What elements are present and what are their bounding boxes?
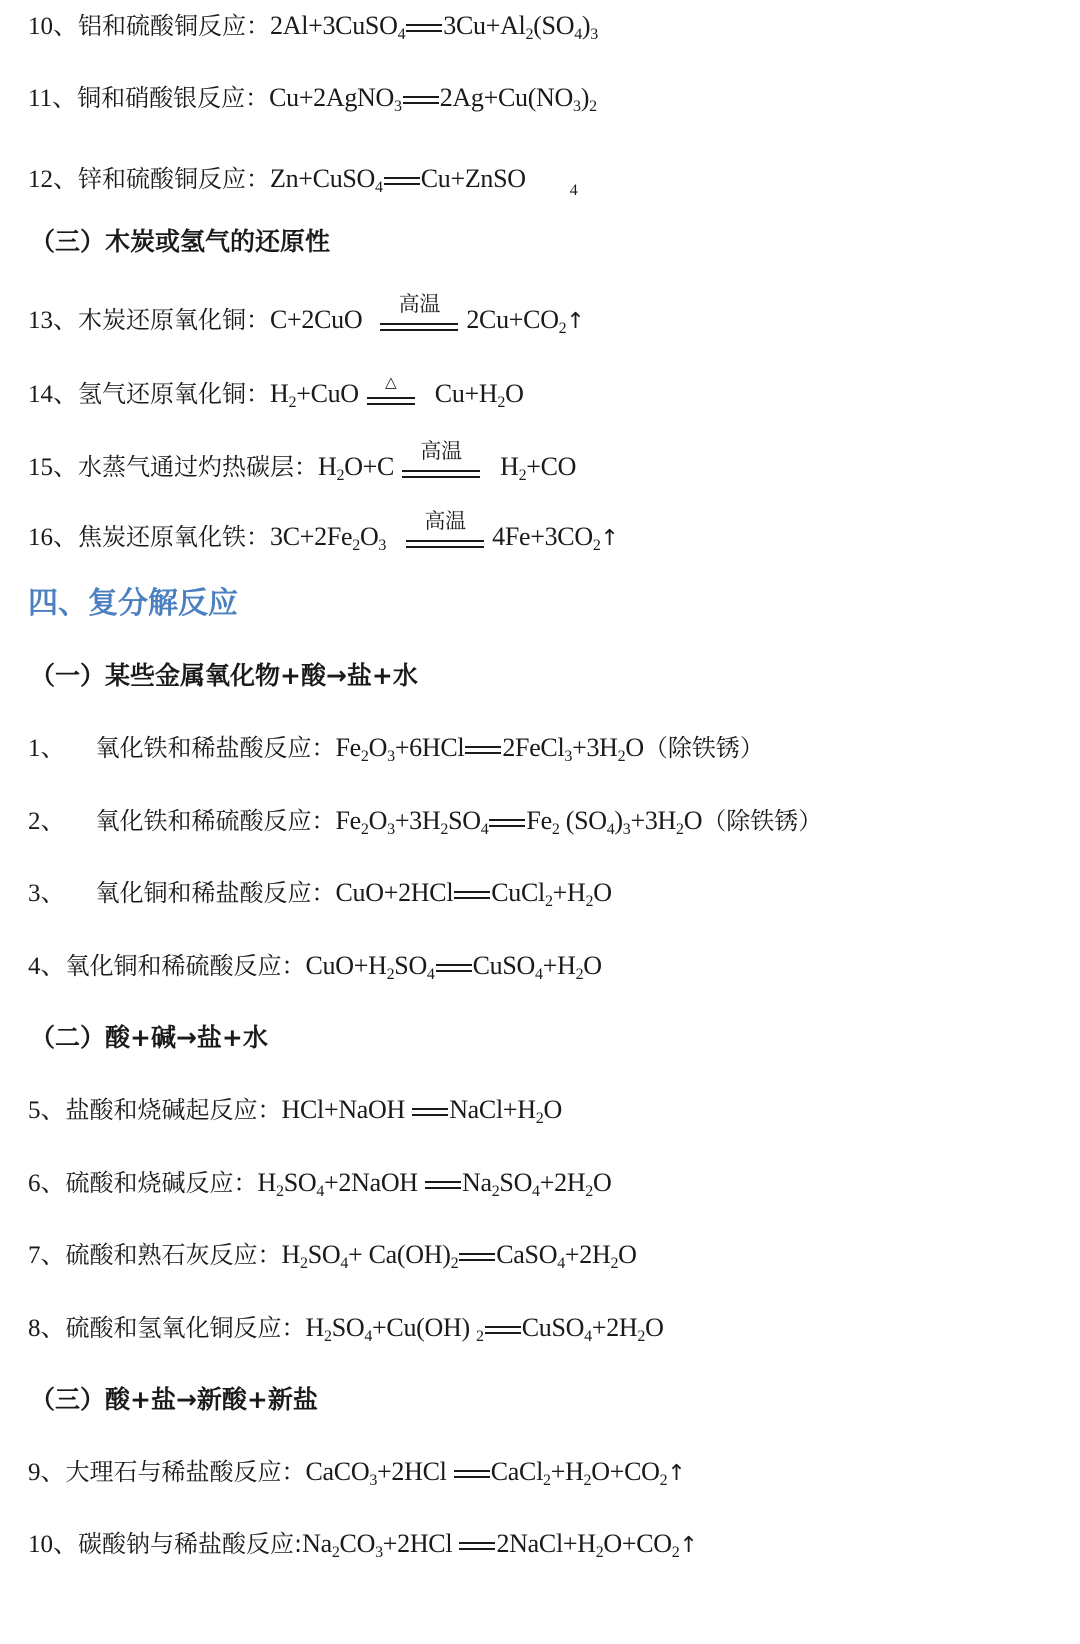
equation: Zn+CuSO4Cu+ZnSO4 (270, 164, 577, 193)
equals-sign (489, 817, 525, 829)
item-number: 9、 (28, 1459, 66, 1486)
item-number: 3、 (28, 880, 66, 907)
reaction-line: 13、木炭还原氧化铜：C+2CuO高温2Cu+CO2↑ (28, 305, 585, 337)
reaction-name: 氢气还原氧化铜： (78, 380, 270, 408)
subsection-heading: （二）酸+碱→盐+水 (30, 1023, 268, 1053)
equation: H2SO4+ Ca(OH)2CaSO4+2H2O (282, 1240, 637, 1269)
equals-sign (454, 889, 490, 901)
reaction-line: 2、氧化铁和稀硫酸反应：Fe2O3+3H2SO4Fe2 (SO4)3+3H2O（… (28, 806, 822, 837)
reaction-name: 硫酸和熟石灰反应： (66, 1241, 282, 1269)
condition-heat-delta-icon: △ (367, 371, 415, 393)
equation: 3C+2Fe2O3高温4Fe+3CO2↑ (270, 522, 619, 551)
equation: CuO+H2SO4CuSO4+H2O (306, 951, 602, 980)
note: （除铁锈） (702, 807, 822, 835)
subsection-heading: （三）木炭或氢气的还原性 (30, 227, 330, 257)
subsection-heading: （三）酸+盐→新酸+新盐 (30, 1385, 318, 1415)
reaction-name: 硫酸和烧碱反应： (66, 1169, 258, 1197)
gas-arrow-icon: ↑ (566, 309, 584, 334)
section-heading: 四、复分解反应 (28, 586, 238, 622)
equation: 2Al+3CuSO43Cu+Al2(SO4)3 (270, 11, 598, 40)
reaction-line: 16、焦炭还原氧化铁：3C+2Fe2O3高温4Fe+3CO2↑ (28, 522, 619, 554)
reaction-name: 氧化铜和稀盐酸反应： (96, 879, 336, 907)
gas-arrow-icon: ↑ (601, 526, 619, 551)
equation: H2SO4+2NaOH Na2SO4+2H2O (258, 1168, 612, 1197)
reaction-line: 11、铜和硝酸银反应：Cu+2AgNO32Ag+Cu(NO3)2 (28, 83, 597, 114)
reaction-line: 4、氧化铜和稀硫酸反应：CuO+H2SO4CuSO4+H2O (28, 951, 602, 982)
gas-arrow-icon: ↑ (667, 1461, 685, 1486)
equals-sign (403, 94, 439, 106)
item-number: 4、 (28, 953, 66, 980)
item-number: 16、 (28, 524, 78, 551)
equals-sign (425, 1179, 461, 1191)
item-number: 6、 (28, 1170, 66, 1197)
equation: H2+CuO△Cu+H2O (270, 379, 524, 408)
condition-high-temp: 高温 (380, 293, 458, 315)
item-number: 12、 (28, 166, 78, 193)
reaction-line: 1、氧化铁和稀盐酸反应：Fe2O3+6HCl2FeCl3+3H2O（除铁锈） (28, 733, 764, 764)
reaction-line: 6、硫酸和烧碱反应：H2SO4+2NaOH Na2SO4+2H2O (28, 1168, 611, 1199)
reaction-line: 15、水蒸气通过灼热碳层：H2O+C高温H2+CO (28, 452, 576, 484)
equation: Na2CO3+2HCl 2NaCl+H2O+CO2↑ (302, 1529, 698, 1558)
gas-arrow-icon: ↑ (679, 1533, 697, 1558)
reaction-line: 8、硫酸和氢氧化铜反应：H2SO4+Cu(OH) 2CuSO4+2H2O (28, 1313, 664, 1344)
reaction-line: 3、氧化铜和稀盐酸反应：CuO+2HClCuCl2+H2O (28, 878, 612, 909)
equation: H2SO4+Cu(OH) 2CuSO4+2H2O (306, 1313, 664, 1342)
reaction-line: 7、硫酸和熟石灰反应：H2SO4+ Ca(OH)2CaSO4+2H2O (28, 1240, 637, 1271)
equals-sign (384, 175, 420, 187)
equation: CaCO3+2HCl CaCl2+H2O+CO2↑ (306, 1457, 686, 1486)
reaction-line: 14、氢气还原氧化铜：H2+CuO△Cu+H2O (28, 379, 524, 411)
reaction-line: 9、大理石与稀盐酸反应：CaCO3+2HCl CaCl2+H2O+CO2↑ (28, 1457, 685, 1489)
item-number: 10、 (28, 1531, 78, 1558)
reaction-name: 焦炭还原氧化铁： (78, 523, 270, 551)
item-number: 7、 (28, 1242, 66, 1269)
reaction-name: 硫酸和氢氧化铜反应： (66, 1314, 306, 1342)
item-number: 2、 (28, 808, 66, 835)
reaction-name: 铜和硝酸银反应： (77, 84, 269, 112)
reaction-name: 氧化铜和稀硫酸反应： (66, 952, 306, 980)
equals-sign (459, 1540, 495, 1552)
condition-high-temp: 高温 (402, 440, 480, 462)
equals-sign (454, 1468, 490, 1480)
reaction-name: 大理石与稀盐酸反应： (66, 1458, 306, 1486)
reaction-line: 5、盐酸和烧碱起反应：HCl+NaOH NaCl+H2O (28, 1095, 562, 1126)
equals-sign (412, 1106, 448, 1118)
reaction-name: 锌和硫酸铜反应： (78, 165, 270, 193)
item-number: 8、 (28, 1315, 66, 1342)
reaction-name: 水蒸气通过灼热碳层： (78, 453, 318, 481)
item-number: 11、 (28, 85, 77, 112)
item-number: 13、 (28, 307, 78, 334)
reaction-name: 木炭还原氧化铜： (78, 306, 270, 334)
item-number: 15、 (28, 454, 78, 481)
reaction-name: 氧化铁和稀硫酸反应： (96, 807, 336, 835)
reaction-name: 碳酸钠与稀盐酸反应: (78, 1530, 302, 1558)
note: （除铁锈） (644, 734, 764, 762)
item-number: 5、 (28, 1097, 66, 1124)
equals-sign (485, 1324, 521, 1336)
item-number: 10、 (28, 13, 78, 40)
equation: HCl+NaOH NaCl+H2O (282, 1095, 562, 1124)
equation: C+2CuO高温2Cu+CO2↑ (270, 305, 585, 334)
reaction-name: 铝和硫酸铜反应： (78, 12, 270, 40)
reaction-name: 氧化铁和稀盐酸反应： (96, 734, 336, 762)
equals-sign (406, 22, 442, 34)
item-number: 1、 (28, 735, 66, 762)
equation: Fe2O3+6HCl2FeCl3+3H2O (336, 733, 644, 762)
reaction-name: 盐酸和烧碱起反应： (66, 1096, 282, 1124)
reaction-line: 10、碳酸钠与稀盐酸反应:Na2CO3+2HCl 2NaCl+H2O+CO2↑ (28, 1529, 698, 1561)
equals-sign (459, 1251, 495, 1263)
equals-sign (465, 744, 501, 756)
reaction-line: 10、铝和硫酸铜反应：2Al+3CuSO43Cu+Al2(SO4)3 (28, 11, 598, 42)
equation: Cu+2AgNO32Ag+Cu(NO3)2 (269, 83, 597, 112)
reaction-line: 12、锌和硫酸铜反应：Zn+CuSO4Cu+ZnSO4 (28, 164, 577, 195)
item-number: 14、 (28, 381, 78, 408)
equation: H2O+C高温H2+CO (318, 452, 576, 481)
equation: CuO+2HClCuCl2+H2O (336, 878, 612, 907)
equals-sign (436, 962, 472, 974)
condition-high-temp: 高温 (406, 510, 484, 532)
equation: Fe2O3+3H2SO4Fe2 (SO4)3+3H2O (336, 806, 703, 835)
subsection-heading: （一）某些金属氧化物+酸→盐+水 (30, 661, 418, 691)
